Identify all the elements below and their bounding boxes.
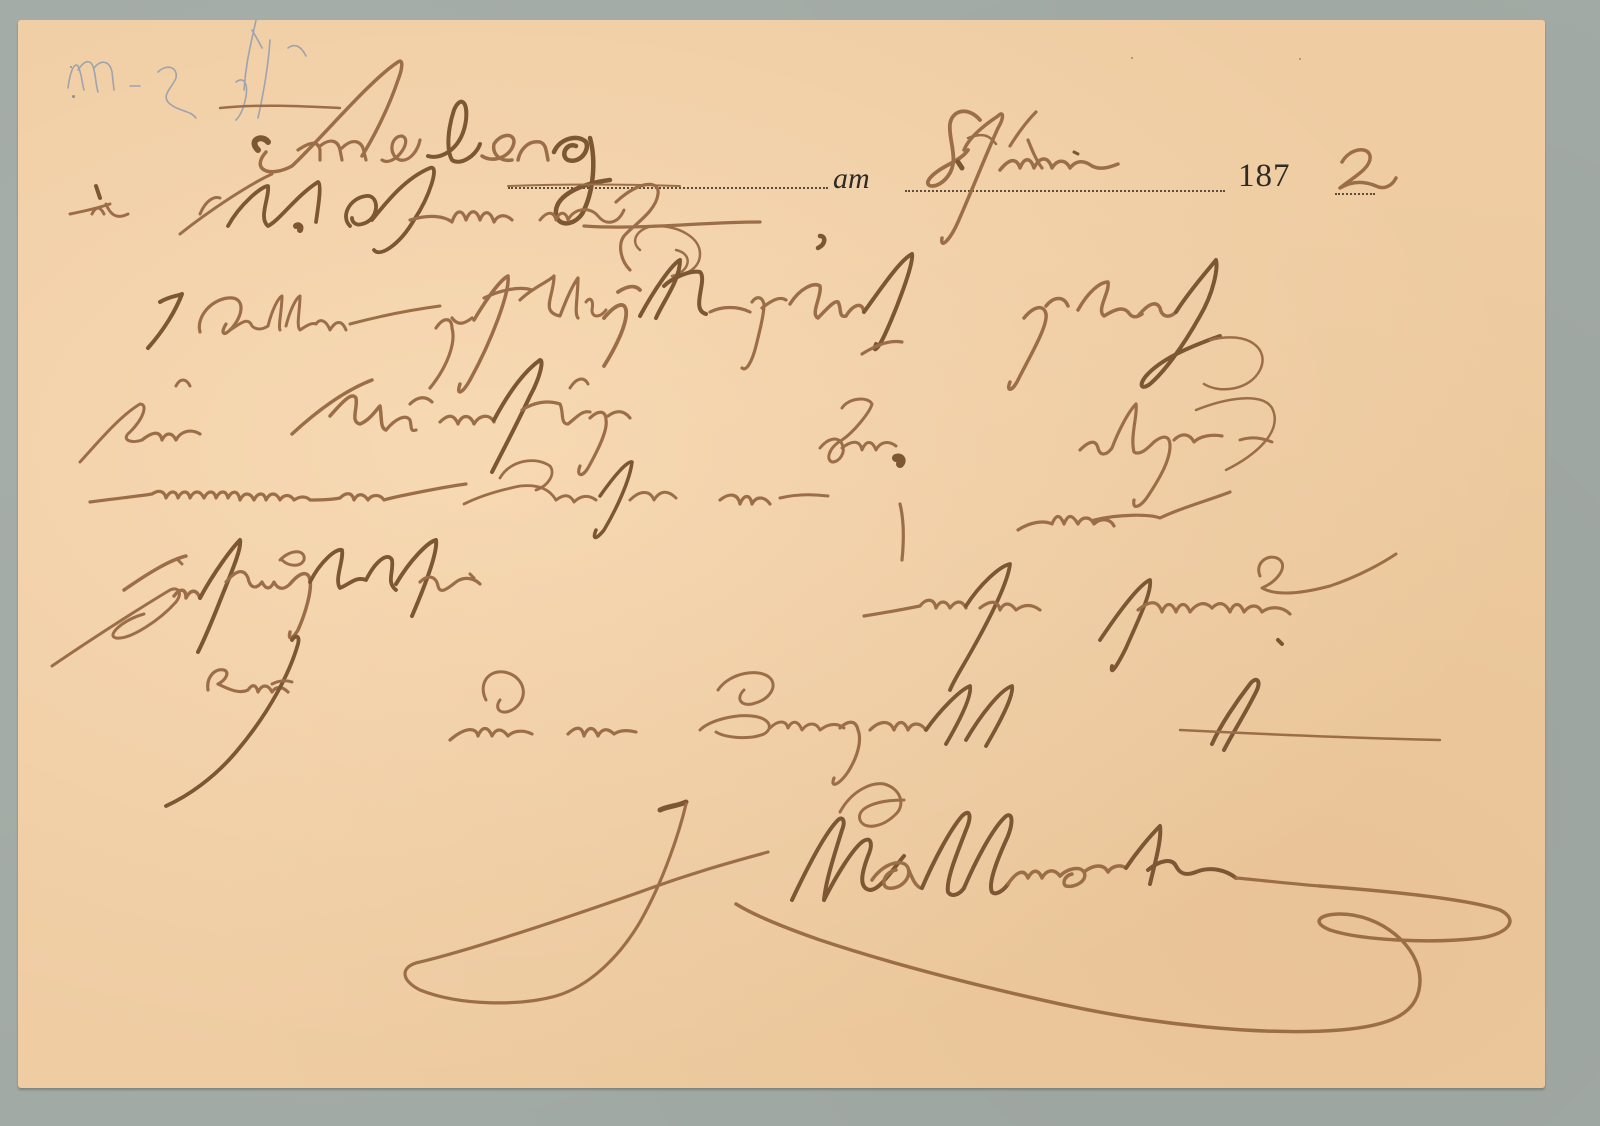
handwriting-date: [928, 111, 1118, 243]
handwriting-year-suffix: [1340, 150, 1396, 188]
handwriting-body-line-3b: [900, 492, 1230, 560]
handwriting-body-line-2b: [820, 398, 1275, 506]
handwriting-layer: [0, 0, 1600, 1126]
handwriting-body-line-4b: [864, 554, 1396, 690]
handwriting-place-line2: [70, 168, 824, 276]
handwriting-body-line-5: [166, 637, 1440, 806]
handwriting-body-line-3: [90, 457, 902, 537]
handwriting-body-line-1b: [1009, 260, 1263, 389]
signature-strokes: [405, 784, 1510, 1032]
handwriting-body-line-4: [52, 540, 480, 666]
handwriting-body-line-2: [80, 360, 630, 475]
handwriting-place: [220, 61, 680, 223]
